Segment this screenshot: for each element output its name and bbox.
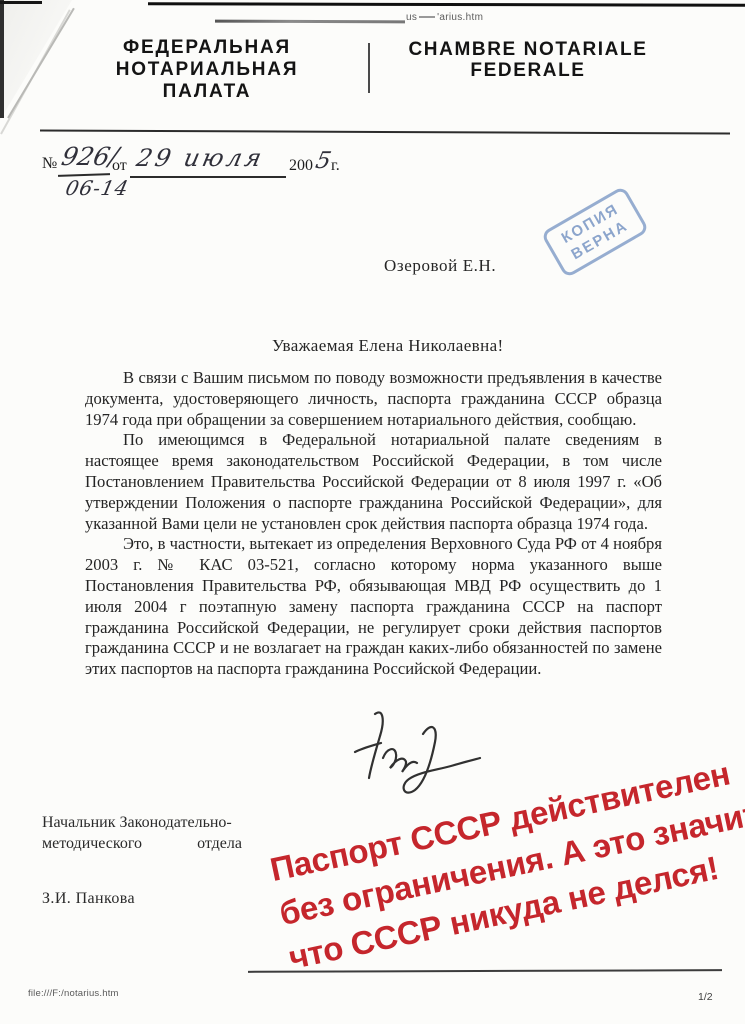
letterhead-russian: ФЕДЕРАЛЬНАЯ НОТАРИАЛЬНАЯ ПАЛАТА <box>82 37 332 103</box>
letterhead-en-line1: CHAMBRE NOTARIALE <box>408 39 648 60</box>
print-header-smear <box>215 20 405 23</box>
signature-stroke <box>333 700 483 805</box>
signer-title-line2: методического отдела <box>42 833 242 854</box>
scanned-letter-page: us'arius.htm ФЕДЕРАЛЬНАЯ НОТАРИАЛЬНАЯ ПА… <box>0 0 745 1024</box>
scan-edge-artifact <box>148 2 745 7</box>
letterhead-rule <box>40 129 730 134</box>
ot-label: от <box>112 157 127 175</box>
paragraph-1: В связи с Вашим письмом по поводу возмож… <box>85 368 662 430</box>
url-fragment-left: us <box>406 12 417 23</box>
letterhead-en-line2: FEDERALE <box>408 60 648 81</box>
handwritten-index: 06-14 <box>63 176 131 200</box>
print-header-url-fragment: us'arius.htm <box>406 12 483 23</box>
signer-title-line1: Начальник Законодательно- <box>42 812 250 833</box>
url-smudge <box>419 16 435 18</box>
handwritten-date: 29 июля <box>134 144 267 172</box>
year-suffix-label: г. <box>331 157 340 175</box>
footer-file-url: file:///F:/notarius.htm <box>28 988 119 999</box>
signer-title: Начальник Законодательно- методического … <box>42 812 250 854</box>
url-fragment-right: 'arius.htm <box>437 12 483 23</box>
letter-body: В связи с Вашим письмом по поводу возмож… <box>85 368 662 680</box>
letterhead-ru-line1: ФЕДЕРАЛЬНАЯ <box>82 37 332 59</box>
signer-title-word1: методического <box>42 833 142 854</box>
paragraph-3: Это, в частности, вытекает из определени… <box>85 534 662 680</box>
letterhead-french: CHAMBRE NOTARIALE FEDERALE <box>408 39 648 81</box>
number-sign-label: № <box>42 155 57 173</box>
footer-page-number: 1/2 <box>698 991 713 1003</box>
signature <box>333 700 483 810</box>
signer-title-word2: отдела <box>197 833 242 854</box>
form-underline <box>130 176 286 178</box>
salutation: Уважаемая Елена Николаевна! <box>272 336 504 356</box>
addressee: Озеровой Е.Н. <box>384 256 496 276</box>
footer-rule <box>248 969 722 973</box>
year-printed: 200 <box>289 157 313 175</box>
signer-name: З.И. Панкова <box>42 890 135 908</box>
scan-edge-artifact <box>0 0 4 118</box>
copy-verified-stamp: КОПИЯ ВЕРНА <box>540 185 649 278</box>
letterhead-ru-line2: НОТАРИАЛЬНАЯ ПАЛАТА <box>82 59 332 103</box>
letterhead-divider <box>368 43 370 93</box>
scan-edge-artifact <box>0 1 42 4</box>
paragraph-2: По имеющимся в Федеральной нотариальной … <box>85 430 662 534</box>
